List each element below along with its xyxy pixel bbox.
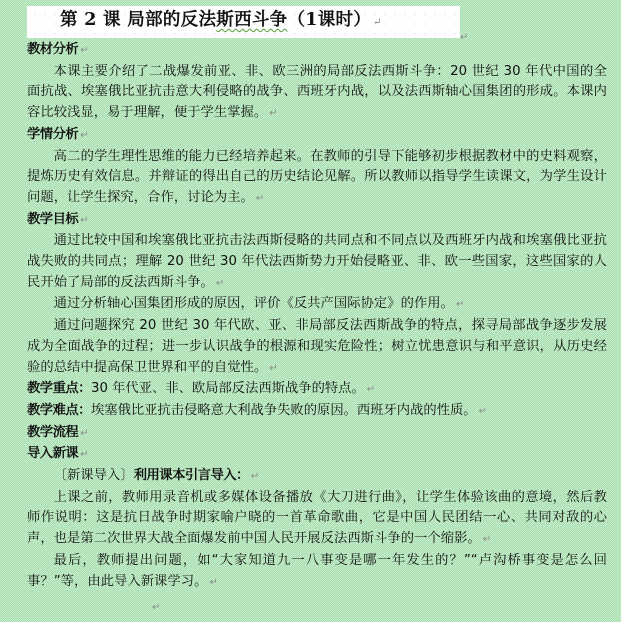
paragraph-mark-icon: ↵ bbox=[373, 17, 382, 28]
new-lesson-sub-heading: 〔新课导入〕利用课本引言导入：↵ bbox=[27, 466, 607, 488]
key-points-text: 30 年代亚、非、欧局部反法西斯战争的特点。 bbox=[91, 381, 365, 396]
paragraph-textbook-analysis: 本课主要介绍了二战爆发前亚、非、欧三洲的局部反法西斯斗争：20 世纪 30 年代… bbox=[27, 62, 607, 125]
section-heading-teaching-process: 教学流程↵ bbox=[27, 423, 607, 445]
new-lesson-sub-title: 利用课本引言导入： bbox=[134, 468, 249, 483]
paragraph-mark-icon: ↵ bbox=[456, 299, 464, 310]
document-body[interactable]: 教材分析↵ 本课主要介绍了二战爆发前亚、非、欧三洲的局部反法西斯斗争：20 世纪… bbox=[27, 40, 607, 593]
difficult-points-text: 埃塞俄比亚抗击侵略意大利战争失败的原因。西班牙内战的性质。 bbox=[91, 403, 477, 418]
section-heading-teaching-goals: 教学目标↵ bbox=[27, 210, 607, 232]
paragraph-mark-icon: ↵ bbox=[269, 363, 277, 374]
paragraph-mark-icon: ↵ bbox=[479, 406, 487, 417]
paragraph-mark-icon: ↵ bbox=[269, 108, 277, 119]
paragraph-mark-icon: ↵ bbox=[209, 577, 217, 588]
difficult-points-line: 教学难点：埃塞俄比亚抗击侵略意大利战争失败的原因。西班牙内战的性质。↵ bbox=[27, 401, 607, 423]
section-heading-new-lesson-intro: 导入新课↵ bbox=[27, 444, 607, 466]
paragraph-new-lesson-2: 最后，教师提出问题，如“大家知道九一八事变是哪一年发生的？”“卢沟桥事变是怎么回… bbox=[27, 551, 607, 593]
paragraph-new-lesson-1: 上课之前，教师用录音机或多媒体设备播放《大刀进行曲》，让学生体验该曲的意境，然后… bbox=[27, 488, 607, 551]
paragraph-mark-icon: ↵ bbox=[80, 215, 88, 226]
title-main: 局部的反法 bbox=[127, 10, 216, 30]
section-heading-student-analysis: 学情分析↵ bbox=[27, 125, 607, 147]
paragraph-mark-icon: ↵ bbox=[256, 193, 264, 204]
paragraph-teaching-goal-3: 通过问题探究 20 世纪 30 年代欧、亚、非局部反法西斯战争的特点，探寻局部战… bbox=[27, 316, 607, 379]
paragraph-student-analysis: 高二的学生理性思维的能力已经培养起来。在教师的引导下能够初步根据教材中的史料观察… bbox=[27, 147, 607, 210]
paragraph-mark-icon: ↵ bbox=[80, 45, 88, 56]
paragraph-mark-icon: ↵ bbox=[483, 534, 491, 545]
paragraph-teaching-goal-1: 通过比较中国和埃塞俄比亚抗击法西斯侵略的共同点和不同点以及西班牙内战和埃塞俄比亚… bbox=[27, 231, 607, 294]
paragraph-teaching-goal-2: 通过分析轴心国集团形成的原因，评价《反共产国际协定》的作用。↵ bbox=[27, 294, 607, 316]
difficult-points-label: 教学难点： bbox=[27, 403, 91, 418]
title-main-spellcheck: 斯西斗争 bbox=[216, 10, 287, 30]
paragraph-mark-icon: ↵ bbox=[80, 449, 88, 460]
paragraph-mark-icon: ↵ bbox=[152, 602, 160, 613]
paragraph-mark-icon: ↵ bbox=[251, 471, 259, 482]
key-points-label: 教学重点： bbox=[27, 381, 91, 396]
title-prefix: 第 2 课 bbox=[60, 10, 127, 30]
new-lesson-sub-label: 〔新课导入〕 bbox=[54, 468, 134, 483]
title-suffix: （1课时） bbox=[287, 10, 371, 30]
paragraph-mark-icon: ↵ bbox=[216, 278, 224, 289]
section-heading-textbook-analysis: 教材分析↵ bbox=[27, 40, 607, 62]
document-title: 第 2 课 局部的反法斯西斗争（1课时）↵ bbox=[60, 8, 382, 35]
key-points-line: 教学重点：30 年代亚、非、欧局部反法西斯战争的特点。↵ bbox=[27, 379, 607, 401]
paragraph-mark-icon: ↵ bbox=[367, 384, 375, 395]
paragraph-mark-icon: ↵ bbox=[80, 428, 88, 439]
paragraph-mark-icon: ↵ bbox=[80, 130, 88, 141]
